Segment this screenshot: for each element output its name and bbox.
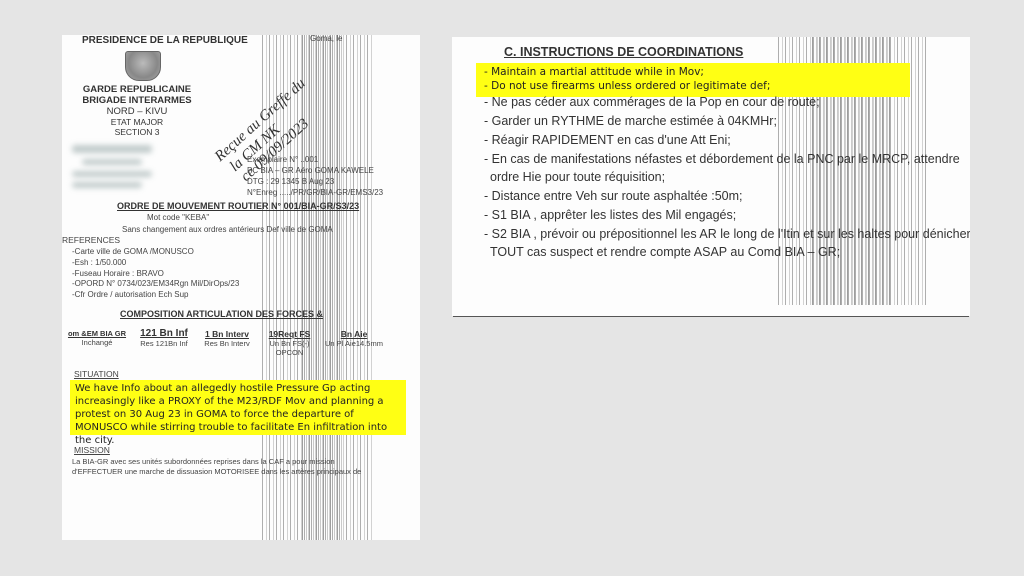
highlighted-instruction: - Maintain a martial attitude while in M… bbox=[484, 66, 704, 79]
instruction-item: - S2 BIA , prévoir ou prépositionnel les… bbox=[484, 227, 970, 241]
force-head: Bn Aie bbox=[324, 329, 384, 339]
unit-line: ETAT MAJOR bbox=[82, 117, 192, 127]
instruction-item: - S1 BIA , apprêter les listes des Mil e… bbox=[484, 208, 736, 222]
header-goma-date: Goma, le bbox=[310, 35, 342, 43]
force-sub: Un Bn FS(-) bbox=[262, 339, 317, 348]
pc-location: PC BIA – GR Aéro GOMA KAWELE bbox=[247, 166, 374, 175]
instruction-item: - Distance entre Veh sur route asphaltée… bbox=[484, 189, 742, 203]
order-title: ORDRE DE MOUVEMENT ROUTIER N° 001/BIA-GR… bbox=[117, 201, 359, 211]
unit-line: SECTION 3 bbox=[82, 127, 192, 137]
force-head: 1 Bn Interv bbox=[197, 329, 257, 339]
document-page-left: PRESIDENCE DE LA REPUBLIQUE Goma, le GAR… bbox=[62, 35, 420, 540]
force-head: om &EM BIA GR bbox=[62, 329, 132, 338]
instruction-item: - En cas de manifestations néfastes et d… bbox=[484, 152, 960, 166]
instruction-item: - Ne pas céder aux commérages de la Pop … bbox=[484, 95, 820, 109]
unit-line: GARDE REPUBLICAINE bbox=[82, 84, 192, 95]
situation-title: SITUATION bbox=[74, 369, 119, 379]
redacted-block bbox=[72, 145, 152, 153]
unit-line: BRIGADE INTERARMES bbox=[82, 95, 192, 106]
force-sub: Inchangé bbox=[62, 338, 132, 347]
no-change-note: Sans changement aux ordres antérieurs De… bbox=[122, 225, 333, 234]
instruction-item: - Réagir RAPIDEMENT en cas d'une Att Eni… bbox=[484, 133, 731, 147]
force-head: 19Reqt FS bbox=[262, 329, 317, 339]
reference-item: -Carte ville de GOMA /MONUSCO bbox=[72, 247, 194, 256]
highlighted-instruction: - Do not use firearms unless ordered or … bbox=[484, 80, 770, 93]
situation-text: We have Info about an allegedly hostile … bbox=[70, 380, 406, 449]
instruction-item: ordre Hie pour toute réquisition; bbox=[490, 170, 665, 184]
instructions-highlight: - Maintain a martial attitude while in M… bbox=[476, 63, 910, 97]
force-sub: Res Bn Interv bbox=[197, 339, 257, 348]
force-sub: Res 121Bn Inf bbox=[134, 339, 194, 348]
force-head: 121 Bn Inf bbox=[134, 328, 194, 339]
force-sub: OPCON bbox=[262, 348, 317, 357]
enreg-number: N°Enreg ...../PR/GR/BIA-GR/EMS3/23 bbox=[247, 188, 383, 197]
mission-title: MISSION bbox=[74, 445, 110, 455]
force-sub: Un Pl Aie14.5mm bbox=[324, 339, 384, 348]
code-word: Mot code "KEBA" bbox=[147, 213, 209, 222]
reference-item: -Fuseau Horaire : BRAVO bbox=[72, 269, 164, 278]
force-column: Bn Aie Un Pl Aie14.5mm bbox=[324, 329, 384, 348]
references-title: REFERENCES bbox=[62, 235, 120, 245]
dtg: DTG : 29 1345 B Aug 23 bbox=[247, 177, 334, 186]
situation-highlight: We have Info about an allegedly hostile … bbox=[70, 380, 406, 435]
reference-item: -OPORD N° 0734/023/EM34Rgn Mil/DirOps/23 bbox=[72, 279, 239, 288]
reference-item: -Cfr Ordre / autorisation Ech Sup bbox=[72, 290, 189, 299]
unit-line: NORD – KIVU bbox=[82, 106, 192, 117]
composition-title: COMPOSITION ARTICULATION DES FORCES & bbox=[120, 309, 323, 319]
reference-item: -Esh : 1/50.000 bbox=[72, 258, 126, 267]
exemplaire-number: Exemplaire N° ..001 bbox=[247, 155, 318, 164]
header-presidence: PRESIDENCE DE LA REPUBLIQUE bbox=[82, 35, 248, 46]
unit-block: GARDE REPUBLICAINE BRIGADE INTERARMES NO… bbox=[82, 84, 192, 137]
document-page-right: C. INSTRUCTIONS DE COORDINATIONS - Maint… bbox=[452, 37, 970, 316]
force-column: om &EM BIA GR Inchangé bbox=[62, 329, 132, 347]
instruction-item: TOUT cas suspect et rendre compte ASAP a… bbox=[490, 245, 840, 259]
coordination-title: C. INSTRUCTIONS DE COORDINATIONS bbox=[504, 45, 743, 59]
redacted-block bbox=[82, 159, 142, 165]
instruction-item: - Garder un RYTHME de marche estimée à 0… bbox=[484, 114, 777, 128]
mission-line: d'EFFECTUER une marche de dissuasion MOT… bbox=[72, 467, 361, 476]
force-column: 19Reqt FS Un Bn FS(-) OPCON bbox=[262, 329, 317, 357]
force-column: 121 Bn Inf Res 121Bn Inf bbox=[134, 328, 194, 348]
mission-line: La BIA-GR avec ses unités subordonnées r… bbox=[72, 457, 335, 466]
force-column: 1 Bn Interv Res Bn Interv bbox=[197, 329, 257, 348]
redacted-block bbox=[72, 171, 152, 177]
emblem-icon bbox=[125, 51, 161, 81]
redacted-block bbox=[72, 182, 142, 188]
